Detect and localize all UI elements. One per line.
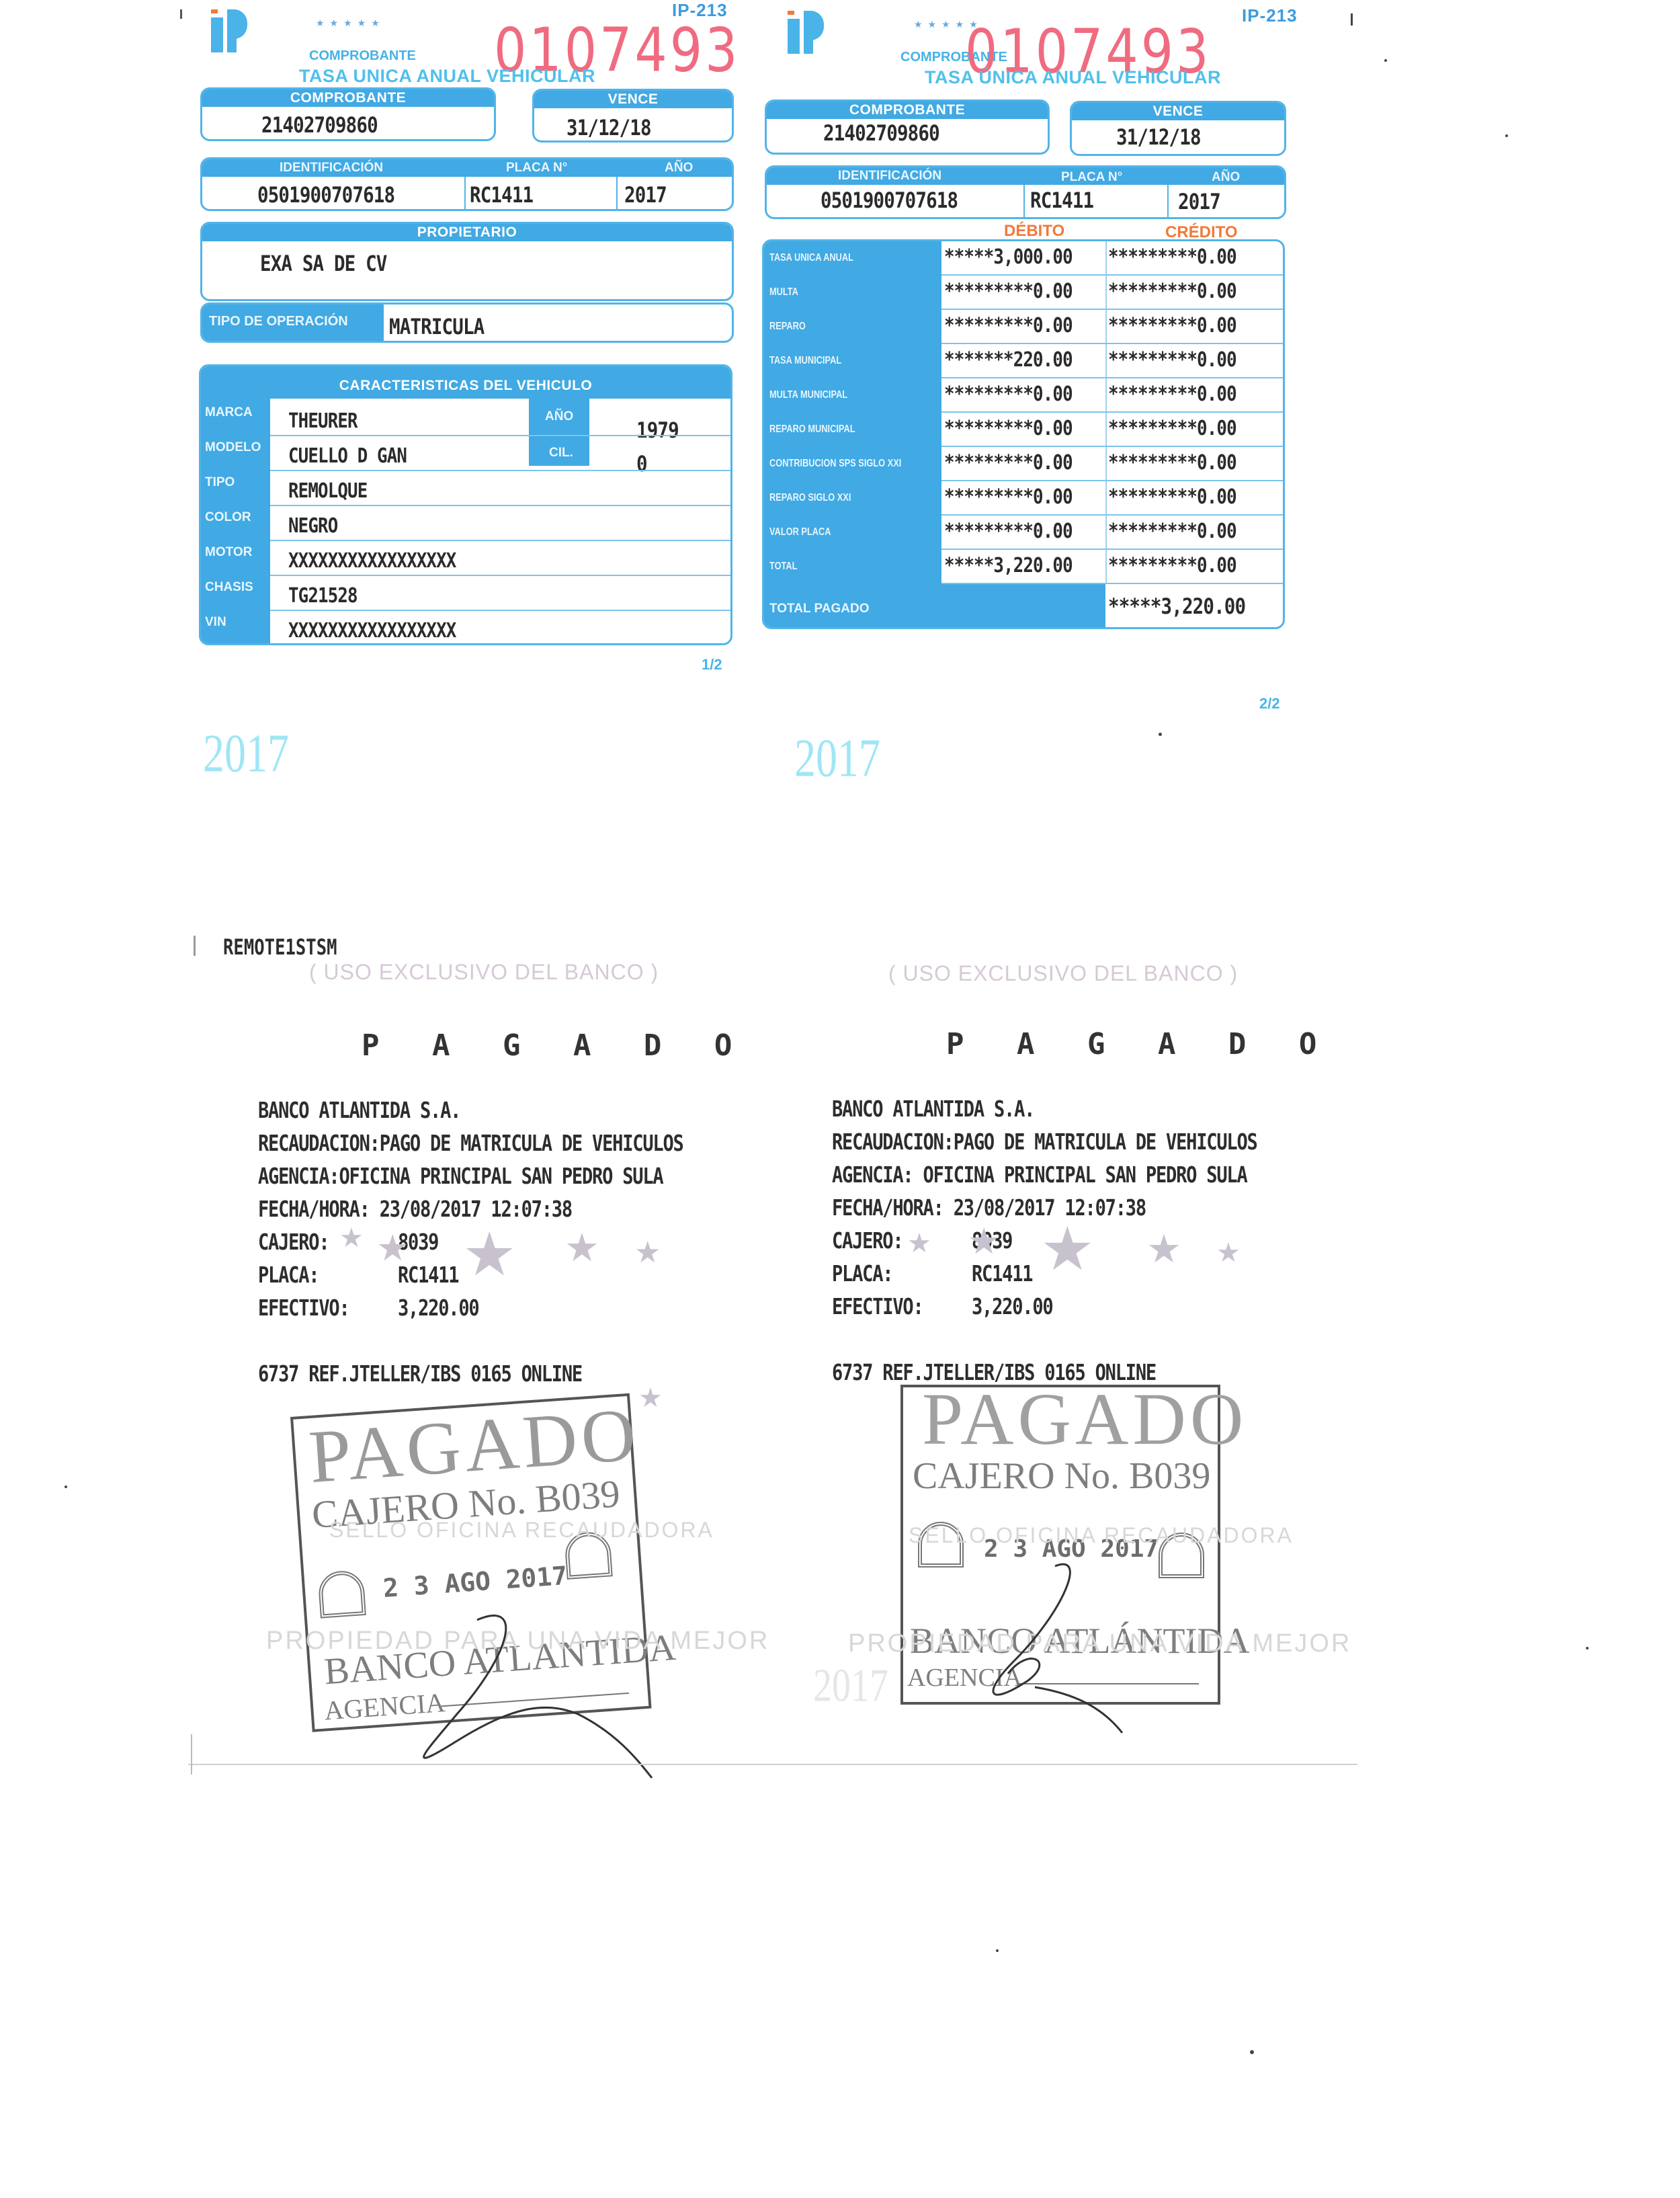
scan-mark bbox=[191, 1734, 192, 1775]
bank-line: RECAUDACION:PAGO DE MATRICULA DE VEHICUL… bbox=[832, 1129, 1257, 1155]
bank-field-label: PLACA: bbox=[832, 1260, 892, 1287]
paid-status: P A G A D O bbox=[946, 1027, 1334, 1061]
star-icon: ★ bbox=[968, 1223, 1000, 1260]
bank-line: FECHA/HORA: 23/08/2017 12:07:38 bbox=[832, 1194, 1146, 1221]
sello-ghost-text: SELLO OFICINA RECAUDADORA bbox=[909, 1523, 1294, 1548]
scan-speck bbox=[996, 1949, 999, 1952]
star-icon: ★ bbox=[1146, 1230, 1181, 1269]
scan-speck bbox=[1250, 2050, 1254, 2054]
bank-line: AGENCIA: OFICINA PRINCIPAL SAN PEDRO SUL… bbox=[832, 1162, 1247, 1188]
bank-field-value: RC1411 bbox=[972, 1260, 1032, 1287]
star-icon: ★ bbox=[1216, 1239, 1241, 1266]
stamp-cajero: CAJERO No. B039 bbox=[913, 1455, 1210, 1498]
bank-field-value: 3,220.00 bbox=[972, 1293, 1053, 1319]
bank-line: BANCO ATLANTIDA S.A. bbox=[832, 1096, 1034, 1122]
bank-receipt-right: ( USO EXCLUSIVO DEL BANCO ) P A G A D O … bbox=[0, 0, 1680, 1781]
signature bbox=[941, 1559, 1183, 1734]
scan-bottom-line bbox=[188, 1764, 1357, 1765]
scan-speck bbox=[1505, 134, 1508, 137]
scan-mark bbox=[180, 9, 182, 19]
year-watermark: 2017 bbox=[813, 1659, 888, 1713]
scan-speck bbox=[1586, 1647, 1589, 1650]
star-icon: ★ bbox=[907, 1230, 931, 1257]
scan-mark bbox=[1351, 13, 1353, 26]
scan-speck bbox=[1159, 733, 1162, 736]
bank-field-label: EFECTIVO: bbox=[832, 1293, 923, 1319]
uso-exclusivo-label: ( USO EXCLUSIVO DEL BANCO ) bbox=[888, 961, 1238, 986]
scan-speck bbox=[1384, 59, 1387, 62]
scan-speck bbox=[65, 1485, 67, 1488]
star-icon: ★ bbox=[1040, 1219, 1095, 1280]
stamp-title: PAGADO bbox=[922, 1377, 1247, 1462]
bank-field-label: CAJERO: bbox=[832, 1227, 902, 1254]
